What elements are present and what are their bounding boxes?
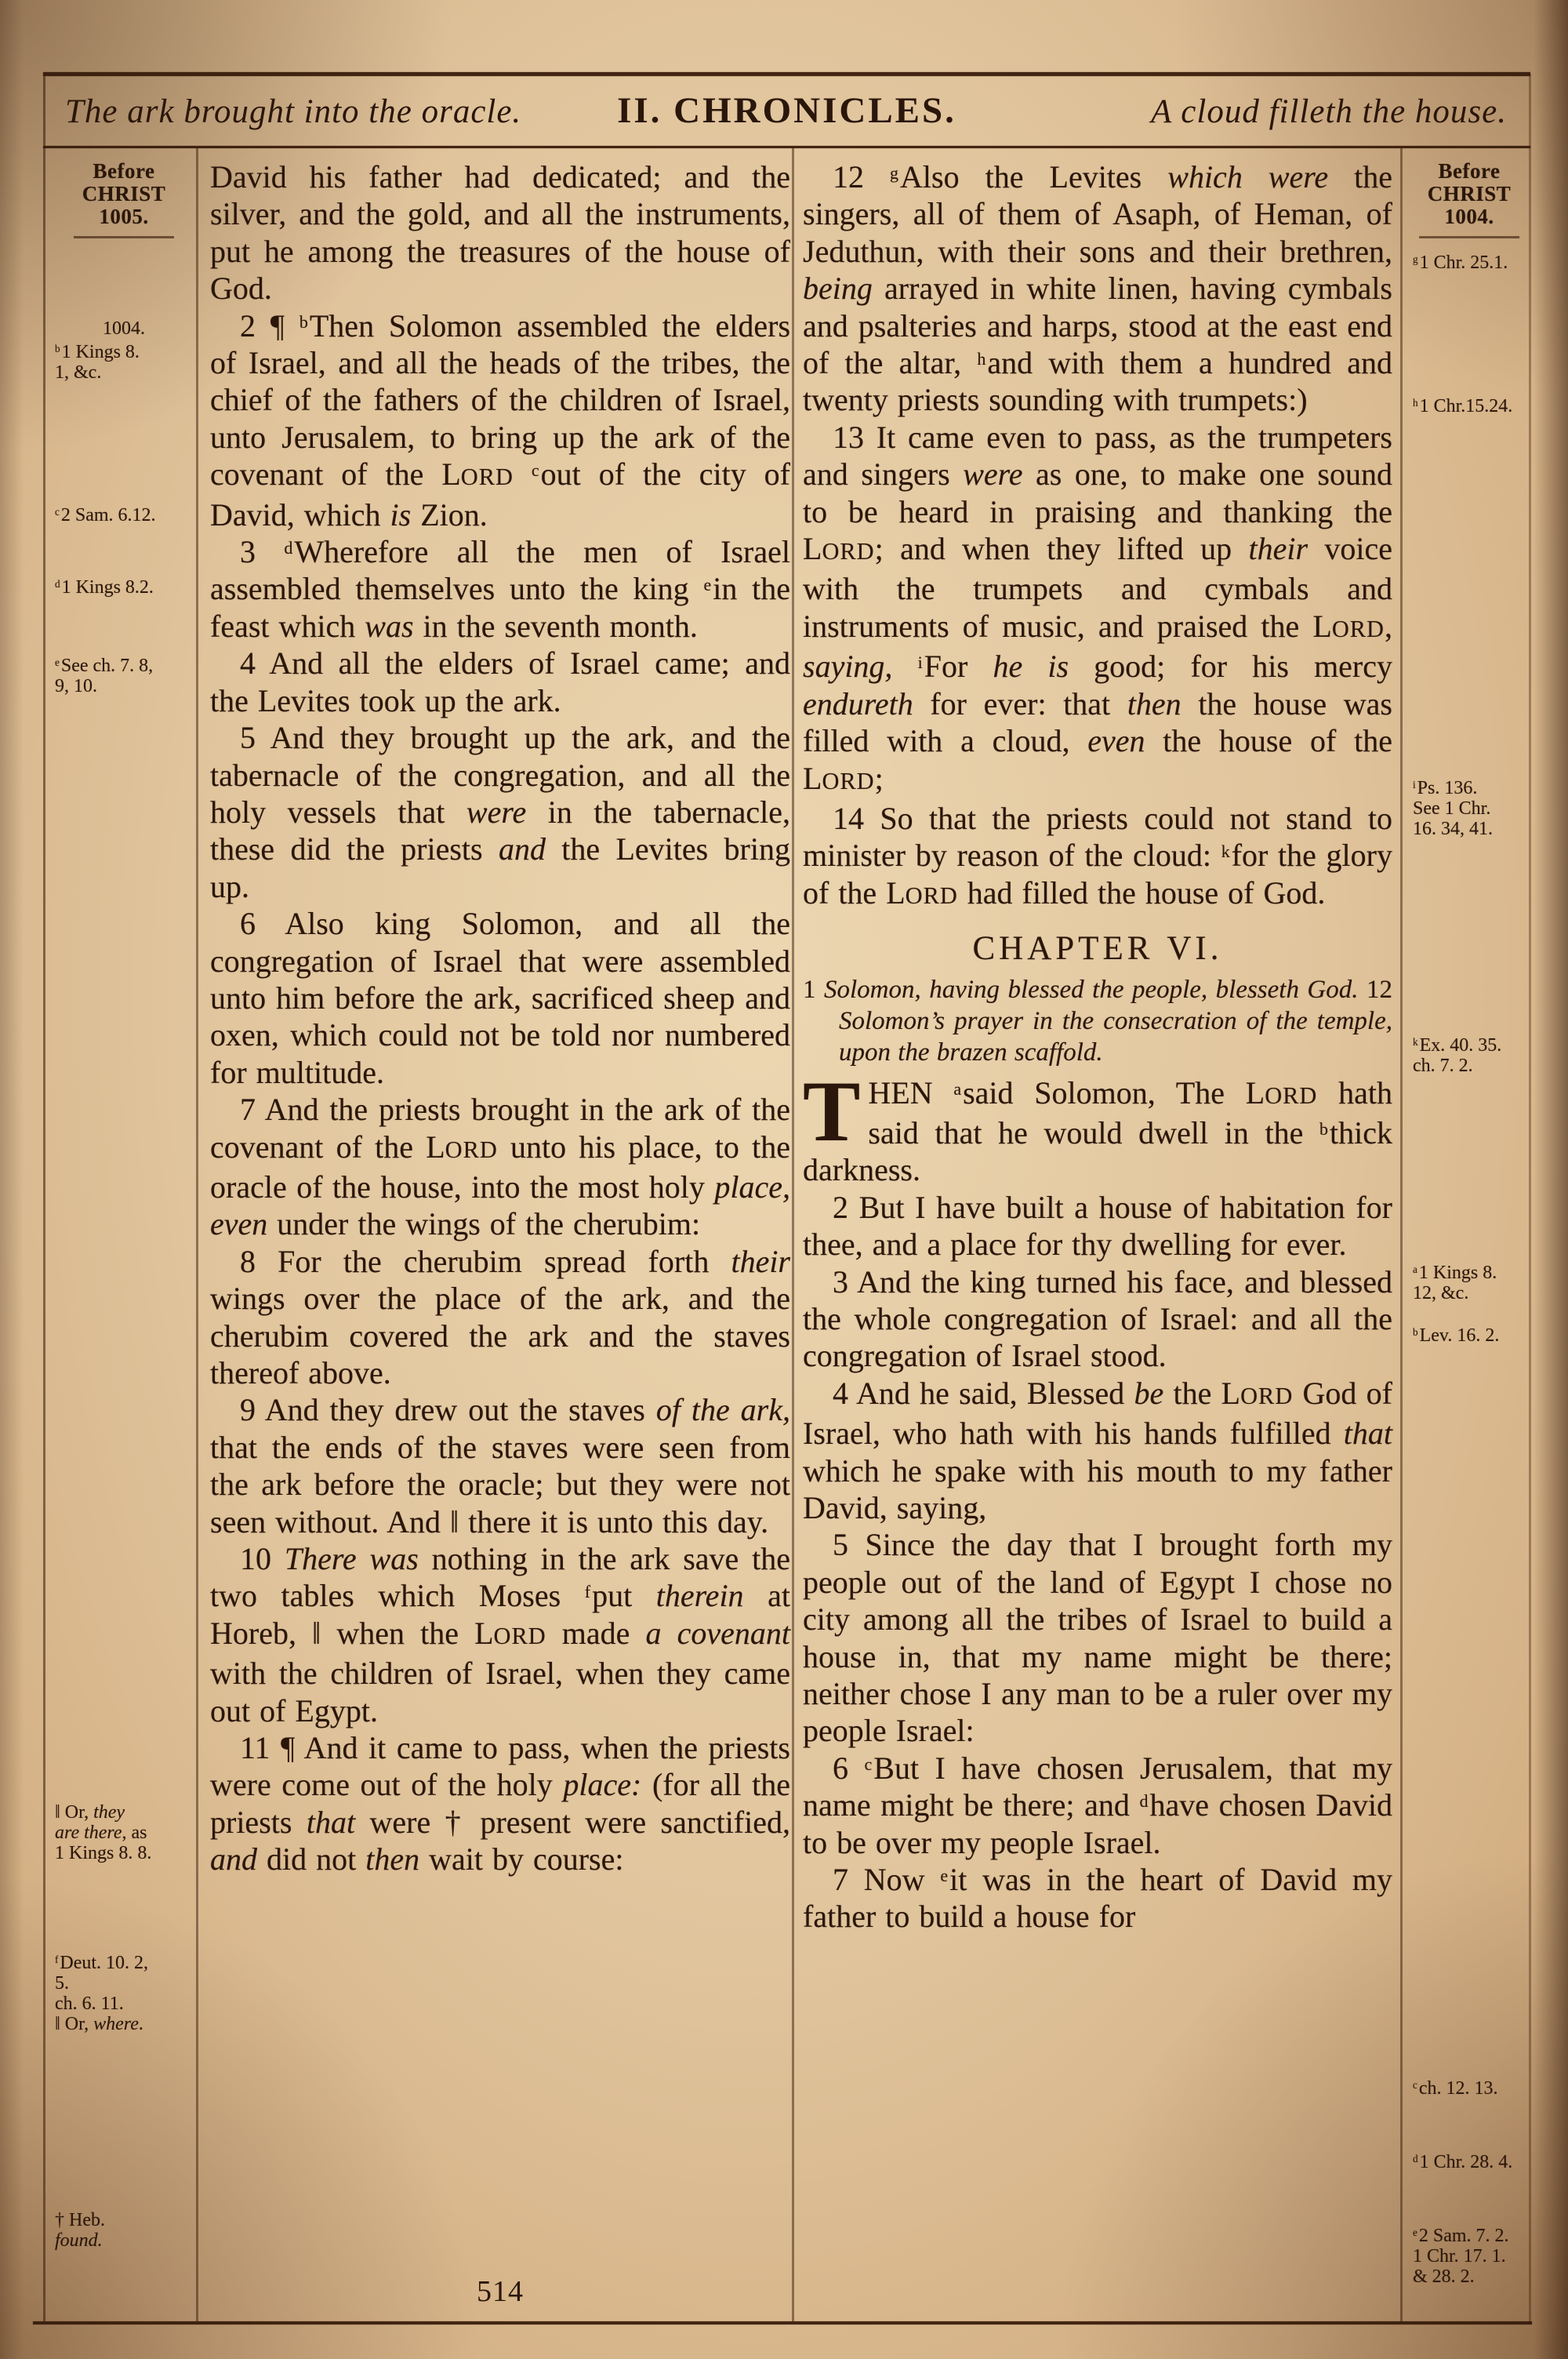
margin-note-lines: e2 Sam. 7. 2.1 Chr. 17. 1.& 28. 2. <box>1413 2226 1526 2287</box>
margin-note: iPs. 136.See 1 Chr.16. 34, 41. <box>1413 778 1526 839</box>
margin-note-lines: kEx. 40. 35.ch. 7. 2. <box>1413 1035 1526 1076</box>
verse-text: 10 There was nothing in the ark save the… <box>210 1541 790 1728</box>
verse-paragraph: 8 For the cherubim spread forth their wi… <box>210 1243 790 1392</box>
frame-bottom-rule <box>33 2321 1532 2324</box>
verse-paragraph: CHAPTER VI. <box>803 930 1392 967</box>
margin-note-lines: iPs. 136.See 1 Chr.16. 34, 41. <box>1413 778 1526 839</box>
verse-paragraph: 2 ¶ bThen Solomon assembled the elders o… <box>210 307 790 533</box>
margin-note-lines: b1 Kings 8.1, &c. <box>55 342 193 383</box>
header-bottom-rule <box>43 146 1530 148</box>
margin-note: c2 Sam. 6.12. <box>55 505 193 525</box>
margin-note-lines: g1 Chr. 25.1. <box>1413 253 1526 273</box>
verse-text: 6 cBut I have chosen Jerusalem, that my … <box>803 1750 1392 1860</box>
verse-text: 8 For the cherubim spread forth their wi… <box>210 1244 790 1390</box>
margin-note-lines: bLev. 16. 2. <box>1413 1325 1526 1346</box>
verse-paragraph: 13 It came even to pass, as the trumpete… <box>803 419 1392 800</box>
margin-note: h1 Chr.15.24. <box>1413 396 1526 416</box>
running-head-right: A cloud filleth the house. <box>1151 93 1507 131</box>
frame-top-rule <box>43 72 1530 76</box>
margin-note-lines: c2 Sam. 6.12. <box>55 505 193 525</box>
verse-paragraph: 3 dWherefore all the men of Israel assem… <box>210 533 790 645</box>
verse-paragraph: 6 cBut I have chosen Jerusalem, that my … <box>803 1750 1392 1861</box>
margin-note: ‖ Or, theyare there, as1 Kings 8. 8. <box>55 1802 193 1863</box>
verse-text: 6 Also king Solomon, and all the congreg… <box>210 906 790 1090</box>
margin-note: fDeut. 10. 2,5.ch. 6. 11.‖ Or, where. <box>55 1953 193 2034</box>
verse-text: 4 And all the elders of Israel came; and… <box>210 645 790 718</box>
verse-text: 2 But I have built a house of habitation… <box>803 1190 1392 1262</box>
verse-text: 2 ¶ bThen Solomon assembled the elders o… <box>210 308 790 533</box>
margin-note: kEx. 40. 35.ch. 7. 2. <box>1413 1035 1526 1076</box>
margin-note-lines: cch. 12. 13. <box>1413 2078 1526 2099</box>
margin-note-lines: h1 Chr.15.24. <box>1413 396 1526 416</box>
verse-text: 3 And the king turned his face, and bles… <box>803 1264 1392 1374</box>
verse-text: 9 And they drew out the staves of the ar… <box>210 1392 790 1539</box>
verse-paragraph: David his father had dedicated; and the … <box>210 158 790 307</box>
margin-note-lines: a1 Kings 8.12, &c. <box>1413 1263 1526 1303</box>
verse-paragraph: 11 ¶ And it came to pass, when the pries… <box>210 1729 790 1878</box>
frame-right-rule <box>1529 75 1531 2324</box>
margin-note-lines: eSee ch. 7. 8,9, 10. <box>55 656 193 696</box>
left-margin-divider-rule <box>196 148 198 2323</box>
margin-note: bLev. 16. 2. <box>1413 1325 1526 1346</box>
verse-text: 12 gAlso the Levites which were the sing… <box>803 159 1392 417</box>
right-margin-divider-rule <box>1400 148 1403 2323</box>
verse-paragraph: 4 And all the elders of Israel came; and… <box>210 645 790 719</box>
verse-text: David his father had dedicated; and the … <box>210 159 790 306</box>
verse-text: THEN asaid Solomon, The LORD hath said t… <box>803 1075 1392 1188</box>
scanned-bible-page: The ark brought into the oracle. II. CHR… <box>0 0 1568 2359</box>
verse-paragraph: 2 But I have built a house of habitation… <box>803 1189 1392 1263</box>
verse-text: 5 And they brought up the ark, and the t… <box>210 720 790 904</box>
verse-text: 13 It came even to pass, as the trumpete… <box>803 420 1392 796</box>
verse-paragraph: 14 So that the priests could not stand t… <box>803 800 1392 914</box>
verse-paragraph: 6 Also king Solomon, and all the congreg… <box>210 905 790 1091</box>
verse-text: 1 Solomon, having blessed the people, bl… <box>803 976 1392 1067</box>
right-text-column: 12 gAlso the Levites which were the sing… <box>803 149 1392 1936</box>
margin-note: e2 Sam. 7. 2.1 Chr. 17. 1.& 28. 2. <box>1413 2226 1526 2287</box>
margin-note-lines: † Heb.found. <box>55 2210 193 2251</box>
verse-paragraph: 1 Solomon, having blessed the people, bl… <box>803 974 1392 1068</box>
margin-note: BeforeCHRIST1005. <box>55 160 193 238</box>
verse-text: 14 So that the priests could not stand t… <box>803 801 1392 911</box>
margin-note-lines: BeforeCHRIST1005. <box>55 160 193 228</box>
margin-note-lines: BeforeCHRIST1004. <box>1413 160 1526 228</box>
margin-note: g1 Chr. 25.1. <box>1413 253 1526 273</box>
verse-text: 3 dWherefore all the men of Israel assem… <box>210 534 790 644</box>
verse-paragraph: 5 And they brought up the ark, and the t… <box>210 719 790 905</box>
left-margin-column: BeforeCHRIST1005. 1004. b1 Kings 8.1, &c… <box>49 149 194 2323</box>
margin-note: BeforeCHRIST1004. <box>1413 160 1526 238</box>
verse-paragraph: 7 And the priests brought in the ark of … <box>210 1091 790 1243</box>
frame-left-rule <box>43 75 45 2324</box>
verse-paragraph: 7 Now eit was in the heart of David my f… <box>803 1861 1392 1936</box>
margin-note: eSee ch. 7. 8,9, 10. <box>55 656 193 696</box>
margin-note: cch. 12. 13. <box>1413 2078 1526 2099</box>
verse-paragraph: 4 And he said, Blessed be the LORD God o… <box>803 1375 1392 1527</box>
margin-note-lines: ‖ Or, theyare there, as1 Kings 8. 8. <box>55 1802 193 1863</box>
margin-note: a1 Kings 8.12, &c. <box>1413 1263 1526 1303</box>
verse-text: 5 Since the day that I brought forth my … <box>803 1527 1392 1748</box>
page-number: 514 <box>210 2274 790 2309</box>
margin-note: d1 Kings 8.2. <box>55 577 193 598</box>
margin-note: b1 Kings 8.1, &c. <box>55 342 193 383</box>
verse-paragraph: THEN asaid Solomon, The LORD hath said t… <box>803 1074 1392 1189</box>
verse-text: 7 And the priests brought in the ark of … <box>210 1092 790 1241</box>
verse-paragraph: 9 And they drew out the staves of the ar… <box>210 1391 790 1540</box>
margin-note: 1004. <box>55 318 193 339</box>
page-header: The ark brought into the oracle. II. CHR… <box>43 85 1530 146</box>
verse-text: CHAPTER VI. <box>972 930 1222 967</box>
center-column-divider-rule <box>792 148 794 2323</box>
verse-paragraph: 10 There was nothing in the ark save the… <box>210 1540 790 1729</box>
verse-text: 7 Now eit was in the heart of David my f… <box>803 1862 1392 1934</box>
margin-note-lines: d1 Chr. 28. 4. <box>1413 2152 1526 2172</box>
margin-note: † Heb.found. <box>55 2210 193 2251</box>
margin-note-lines: 1004. <box>55 318 193 339</box>
drop-cap: T <box>803 1074 868 1145</box>
margin-note-lines: d1 Kings 8.2. <box>55 577 193 598</box>
verse-paragraph: 5 Since the day that I brought forth my … <box>803 1526 1392 1749</box>
verse-text: 4 And he said, Blessed be the LORD God o… <box>803 1376 1392 1525</box>
margin-note: d1 Chr. 28. 4. <box>1413 2152 1526 2172</box>
margin-note-lines: fDeut. 10. 2,5.ch. 6. 11.‖ Or, where. <box>55 1953 193 2034</box>
verse-paragraph: 12 gAlso the Levites which were the sing… <box>803 158 1392 419</box>
verse-paragraph: 3 And the king turned his face, and bles… <box>803 1263 1392 1375</box>
verse-text: 11 ¶ And it came to pass, when the pries… <box>210 1730 790 1877</box>
left-text-column: David his father had dedicated; and the … <box>210 149 790 1878</box>
right-margin-column: BeforeCHRIST1004. g1 Chr. 25.1. h1 Chr.1… <box>1406 149 1527 2323</box>
